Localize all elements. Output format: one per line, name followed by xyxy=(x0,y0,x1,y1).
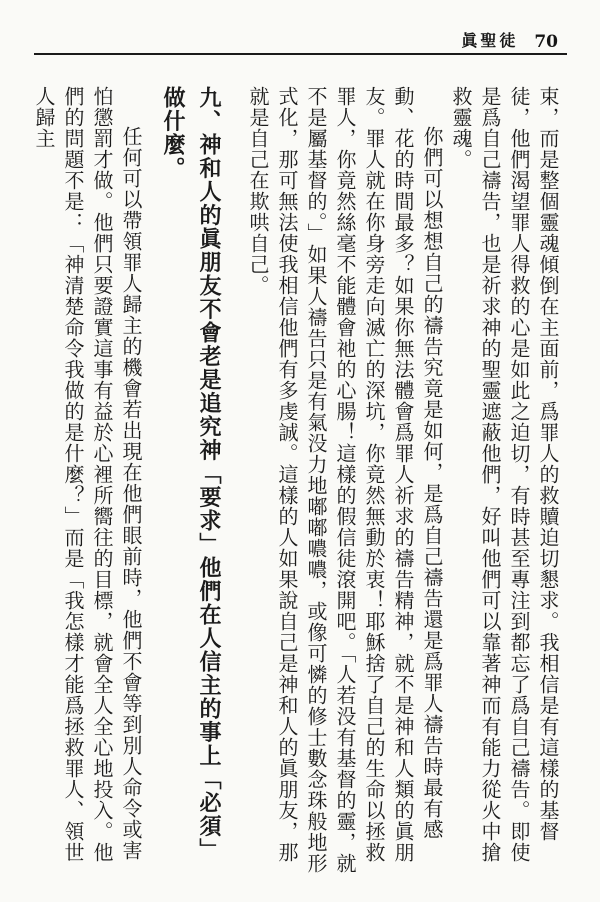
running-title: 眞聖徒 xyxy=(461,28,518,51)
vertical-text-area: 束，而是整個靈魂傾倒在主面前，爲罪人的救贖迫切懇求。我相信是有這樣的基督徒，他們… xyxy=(32,86,562,878)
paragraph: 你們可以想想自己的禱告究竟是如何，是爲自己禱告還是爲罪人禱告時最有感動、花的時間… xyxy=(243,86,446,878)
page-number: 70 xyxy=(534,34,558,51)
paragraph-continuation: 束，而是整個靈魂傾倒在主面前，爲罪人的救贖迫切懇求。我相信是有這樣的基督徒，他們… xyxy=(446,86,562,878)
book-page: 眞聖徒 70 束，而是整個靈魂傾倒在主面前，爲罪人的救贖迫切懇求。我相信是有這樣… xyxy=(0,0,600,902)
section-heading: 九、神和人的眞朋友不會老是追究神「要求」他們在人信主的事上「必須」做什麼。 xyxy=(155,86,227,878)
header-divider xyxy=(34,53,567,55)
page-header: 眞聖徒 70 xyxy=(461,28,558,51)
paragraph: 任何可以帶領罪人歸主的機會若出現在他們眼前時，他們不會等到別人命令或害怕懲罰才做… xyxy=(29,86,145,878)
